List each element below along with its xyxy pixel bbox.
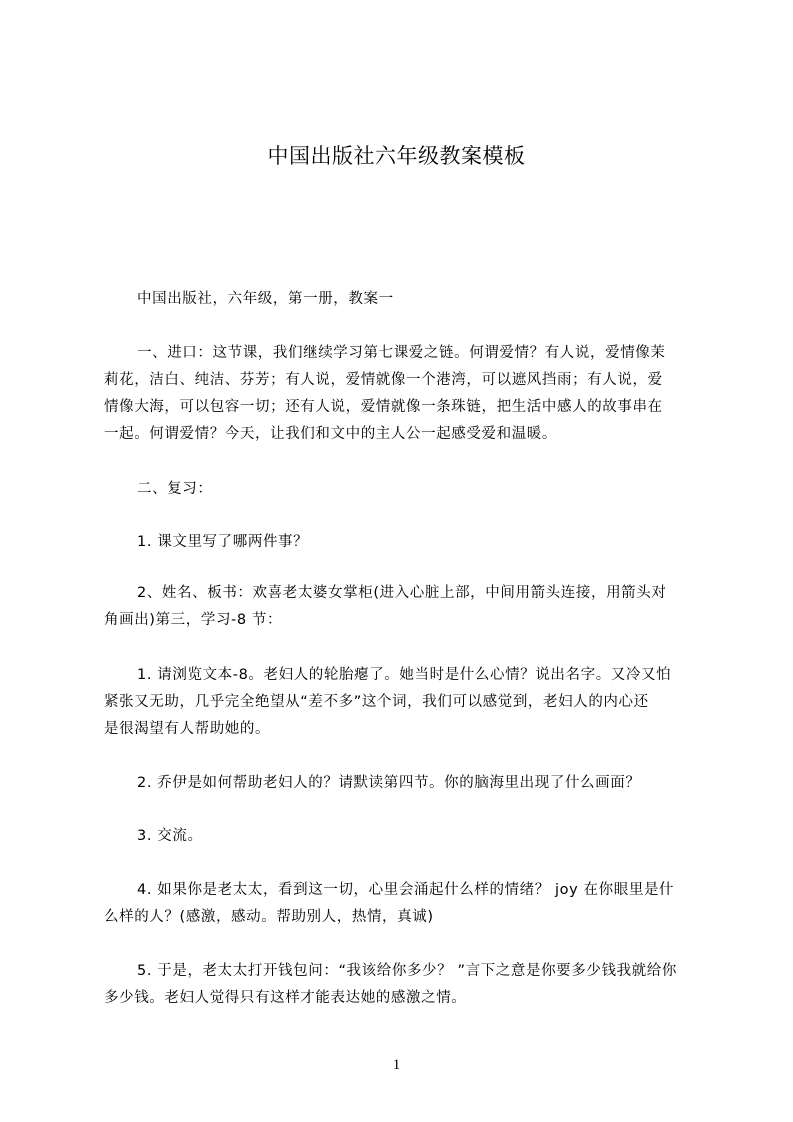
paragraph-line: 3. 交流。 — [104, 823, 704, 850]
paragraph-line: 5. 于是，老太太打开钱包问：“我该给你多少？ ”言下之意是你要多少钱我就给你 — [104, 958, 704, 985]
section-heading: 二、复习： — [104, 476, 704, 503]
paragraph-step-1: 1. 请浏览文本-8。老妇人的轮胎瘪了。她当时是什么心情？说出名字。又冷又怕 紧… — [104, 662, 704, 743]
paragraph-line: 2、姓名、板书：欢喜老太婆女掌柜(进入心脏上部，中间用箭头连接，用箭头对 — [104, 580, 704, 607]
paragraph-step-5: 5. 于是，老太太打开钱包问：“我该给你多少？ ”言下之意是你要多少钱我就给你 … — [104, 958, 704, 1012]
document-title: 中国出版社六年级教案模板 — [0, 141, 793, 171]
paragraph-line: 一、进口：这节课，我们继续学习第七课爱之链。何谓爱情？有人说，爱情像茉 — [104, 340, 704, 367]
paragraph-line: 2. 乔伊是如何帮助老妇人的？请默读第四节。你的脑海里出现了什么画面？ — [104, 770, 704, 797]
page-number: 1 — [0, 1056, 793, 1074]
document-page: 中国出版社六年级教案模板 中国出版社，六年级，第一册，教案一 一、进口：这节课，… — [0, 0, 793, 1122]
paragraph-intro: 一、进口：这节课，我们继续学习第七课爱之链。何谓爱情？有人说，爱情像茉 莉花，洁… — [104, 340, 704, 448]
paragraph-line: 莉花，洁白、纯洁、芬芳；有人说，爱情就像一个港湾，可以遮风挡雨；有人说，爱 — [104, 367, 704, 394]
paragraph-line: 情像大海，可以包容一切；还有人说，爱情就像一条珠链，把生活中感人的故事串在 — [104, 394, 704, 421]
paragraph-line: 1. 请浏览文本-8。老妇人的轮胎瘪了。她当时是什么心情？说出名字。又冷又怕 — [104, 662, 704, 689]
paragraph-line: 多少钱。老妇人觉得只有这样才能表达她的感激之情。 — [104, 985, 704, 1012]
paragraph-step-3: 3. 交流。 — [104, 823, 704, 850]
list-item-1: 1. 课文里写了哪两件事？ — [104, 529, 704, 556]
paragraph-line: 是很渴望有人帮助她的。 — [104, 716, 704, 743]
list-item-text: 1. 课文里写了哪两件事？ — [104, 529, 704, 556]
subtitle-text: 中国出版社，六年级，第一册，教案一 — [104, 286, 704, 313]
paragraph-step-2: 2. 乔伊是如何帮助老妇人的？请默读第四节。你的脑海里出现了什么画面？ — [104, 770, 704, 797]
paragraph-line: 4. 如果你是老太太，看到这一切，心里会涌起什么样的情绪？ joy 在你眼里是什 — [104, 877, 704, 904]
paragraph-line: 角画出)第三，学习-8 节： — [104, 607, 704, 634]
paragraph-line: 紧张又无助，几乎完全绝望从“差不多”这个词，我们可以感觉到，老妇人的内心还 — [104, 689, 704, 716]
paragraph-line: 一起。何谓爱情？今天，让我们和文中的主人公一起感受爱和温暖。 — [104, 421, 704, 448]
paragraph-step-4: 4. 如果你是老太太，看到这一切，心里会涌起什么样的情绪？ joy 在你眼里是什… — [104, 877, 704, 931]
paragraph-item-2: 2、姓名、板书：欢喜老太婆女掌柜(进入心脏上部，中间用箭头连接，用箭头对 角画出… — [104, 580, 704, 634]
paragraph-line: 么样的人？(感激，感动。帮助别人，热情，真诚) — [104, 904, 704, 931]
heading-review: 二、复习： — [104, 476, 704, 503]
document-subtitle: 中国出版社，六年级，第一册，教案一 — [104, 286, 704, 313]
